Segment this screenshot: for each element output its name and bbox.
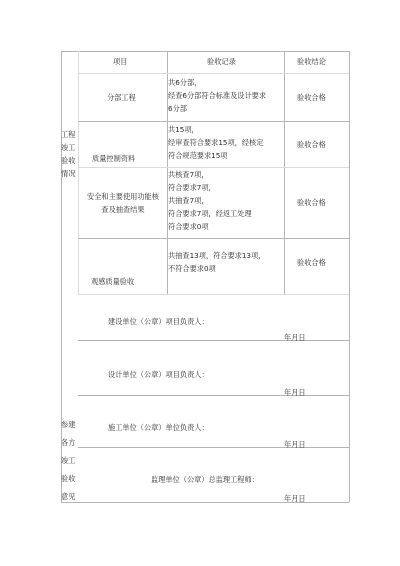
signature-date: 年月日 — [284, 386, 306, 399]
row3-item: 安全和主要使用功能核 查及抽查结果 — [79, 190, 167, 216]
row-divider — [78, 395, 349, 396]
row4-conclusion: 验收合格 — [297, 256, 326, 269]
table-right-border — [349, 51, 350, 502]
col-divider-conclusion — [284, 51, 285, 294]
row1-item: 分部工程 — [107, 91, 136, 104]
section-label-opinions: 参建 各方 竣工 验收 意见 — [61, 416, 75, 506]
table-top-border — [61, 51, 349, 52]
row-divider — [78, 294, 349, 295]
row2-record: 共15项， 经审查符合要求15项，经核定 符合规范要求15项 — [168, 123, 263, 162]
row4-record: 共抽查13项，符合要求13项， 不符合要求0项 — [168, 249, 265, 275]
header-conclusion: 验收结论 — [297, 55, 326, 68]
signature-date: 年月日 — [284, 492, 306, 505]
row1-conclusion: 验收合格 — [297, 91, 326, 104]
row3-conclusion: 验收合格 — [297, 196, 326, 209]
signature-construction-unit: 建设单位（公章）项目负责人： — [108, 315, 209, 328]
row-divider — [78, 340, 349, 341]
header-record: 验收记录 — [207, 55, 236, 68]
header-item: 项目 — [113, 55, 127, 68]
row1-record: 共6分部， 经查6分部符合标准及设计要求 6分部 — [168, 76, 266, 115]
row-divider — [78, 238, 349, 239]
signature-contractor-unit: 施工单位（公章）单位负责人： — [108, 421, 209, 434]
row-divider — [78, 121, 349, 122]
row2-conclusion: 验收合格 — [297, 138, 326, 151]
row2-item: 质量控制资料 — [92, 152, 135, 165]
table-bottom-border — [61, 502, 349, 503]
row-divider — [78, 73, 349, 74]
signature-date: 年月日 — [284, 331, 306, 344]
section-label-acceptance: 工程 竣工 验收 情况 — [61, 128, 75, 180]
signature-date: 年月日 — [284, 438, 306, 451]
col-divider-label — [78, 51, 79, 294]
signature-supervision-unit: 监理单位（公章）总监理工程师： — [151, 473, 259, 486]
row4-item: 观感质量验收 — [91, 275, 134, 288]
row3-record: 共核查7项， 符合要求7项， 共抽查7项， 符合要求7项，经返工处理 符合要求0… — [168, 168, 252, 233]
row-divider — [78, 447, 349, 448]
signature-design-unit: 设计单位（公章）项目负责人： — [108, 368, 209, 381]
